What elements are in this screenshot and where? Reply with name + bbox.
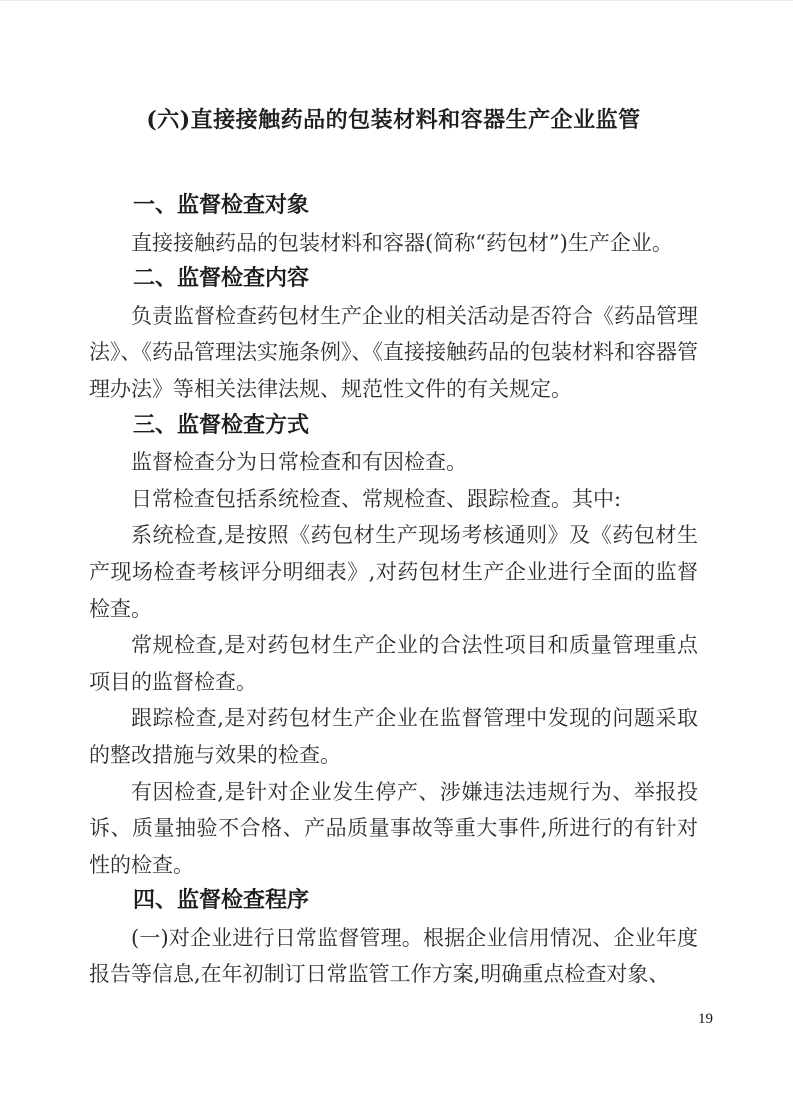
document-body: 一、监督检查对象 直接接触药品的包装材料和容器(简称“药包材”)生产企业。 二、… bbox=[89, 188, 698, 993]
body-paragraph-6: 常规检查,是对药包材生产企业的合法性项目和质量管理重点项目的监督检查。 bbox=[89, 627, 698, 700]
section-heading-2: 二、监督检查内容 bbox=[89, 261, 698, 298]
body-paragraph-1: 直接接触药品的包装材料和容器(简称“药包材”)生产企业。 bbox=[89, 225, 698, 262]
body-paragraph-8: 有因检查,是针对企业发生停产、涉嫌违法违规行为、举报投诉、质量抽验不合格、产品质… bbox=[89, 774, 698, 884]
document-title: (六)直接接触药品的包装材料和容器生产企业监管 bbox=[89, 104, 698, 136]
section-heading-4: 四、监督检查程序 bbox=[89, 883, 698, 920]
document-page: (六)直接接触药品的包装材料和容器生产企业监管 一、监督检查对象 直接接触药品的… bbox=[0, 1, 793, 1097]
body-paragraph-9: (一)对企业进行日常监督管理。根据企业信用情况、企业年度报告等信息,在年初制订日… bbox=[89, 920, 698, 993]
body-paragraph-7: 跟踪检查,是对药包材生产企业在监督管理中发现的问题采取的整改措施与效果的检查。 bbox=[89, 700, 698, 773]
body-paragraph-4: 日常检查包括系统检查、常规检查、跟踪检查。其中: bbox=[89, 481, 698, 518]
body-paragraph-5: 系统检查,是按照《药包材生产现场考核通则》及《药包材生产现场检查考核评分明细表》… bbox=[89, 517, 698, 627]
section-heading-3: 三、监督检查方式 bbox=[89, 408, 698, 445]
body-paragraph-2: 负责监督检查药包材生产企业的相关活动是否符合《药品管理法》、《药品管理法实施条例… bbox=[89, 298, 698, 408]
section-heading-1: 一、监督检查对象 bbox=[89, 188, 698, 225]
body-paragraph-3: 监督检查分为日常检查和有因检查。 bbox=[89, 444, 698, 481]
page-number: 19 bbox=[698, 1011, 713, 1028]
